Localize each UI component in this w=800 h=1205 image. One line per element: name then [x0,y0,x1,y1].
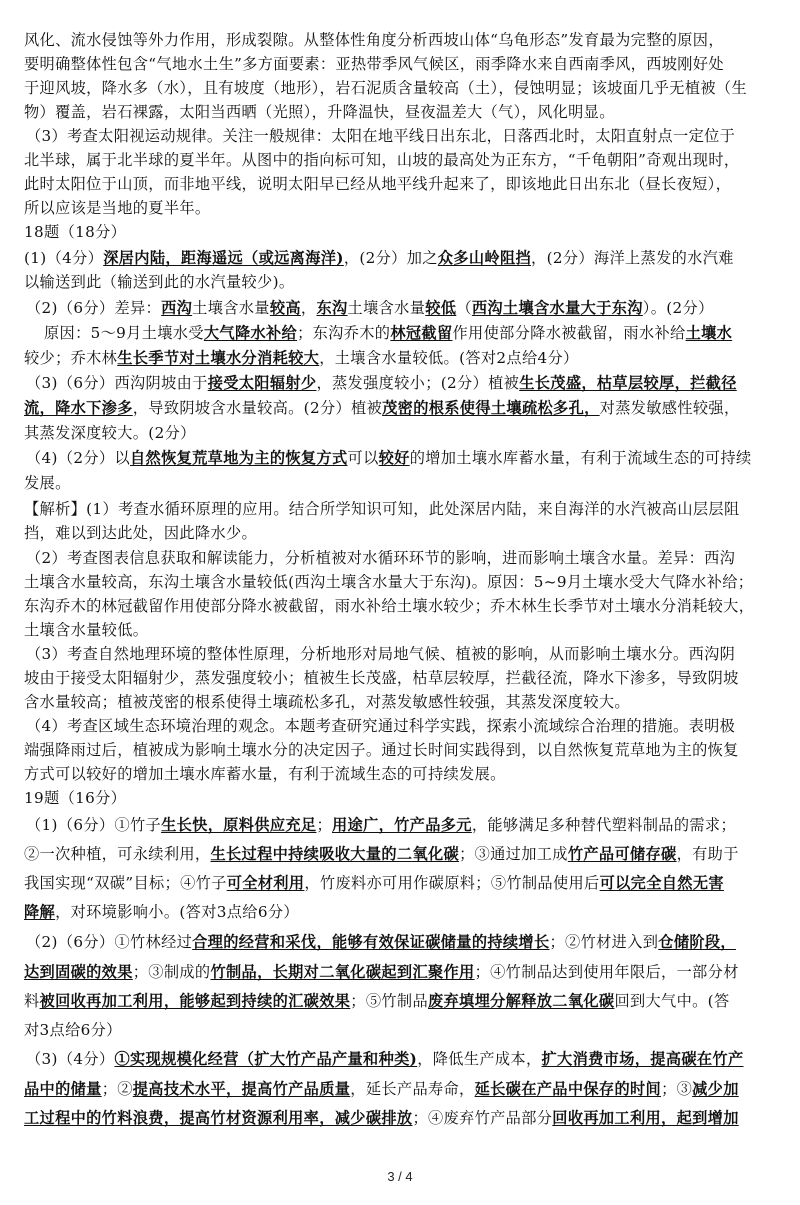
answer-keypoint: 合理的经营和采伐，能够有效保证碳储量的持续增长 [192,933,549,951]
text-line: 东沟乔木的林冠截留作用使部分降水被截留，雨水补给土壤水较少；乔木林生长季节对土壤… [24,595,776,617]
answer-keypoint: 东沟 [316,299,347,317]
text-line: 以输送到此（输送到此的水汽量较少)。 [24,271,776,293]
text-segment: 的增加土壤水库蓄水量，有利于流域生态的可持续 [410,449,752,467]
text-segment: ，(2分）加之 [344,249,438,267]
text-line: （3）考查太阳视运动规律。关注一般规律：太阳在地平线日出东北，日落西北时，太阳直… [26,125,778,147]
answer-keypoint: 减少加 [692,1080,739,1098]
text-segment: ；② [102,1080,133,1098]
text-segment: ，能够满足多种替代塑料制品的需求； [472,816,736,834]
text-segment: 对3点给6分） [24,1021,122,1039]
answer-keypoint: 较低 [425,299,456,317]
text-segment: ②一次种植，可永续利用， [24,845,210,863]
text-line: （2)（6分）差异：西沟土壤含水量较高，东沟土壤含水量较低（西沟土壤含水量大于东… [26,297,778,319]
text-segment: （ [456,299,472,317]
answer-keypoint: 深居内陆，距海遥远（或远离海洋) [103,249,344,267]
text-segment: （3)（4分） [26,1050,114,1068]
text-segment: 土壤含水量较高，东沟土壤含水量较低(西沟土壤含水量大于东沟)。原因：5~9月土壤… [24,573,753,591]
text-segment: 回到大气中。(答 [614,992,729,1010]
text-line: 18题（18分） [24,221,776,243]
text-line: 料被回收再加工利用，能够起到持续的汇碳效果；⑤竹制品废弃填埋分解释放二氧化碳回到… [24,990,776,1012]
text-line: （2）考查图表信息获取和解读能力，分析植被对水循环环节的影响，进而影响土壤含水量… [26,547,778,569]
text-segment: 北半球，属于北半球的夏半年。从图中的指向标可知，山坡的最高处为正东方，“千龟朝阳… [24,151,739,169]
text-segment: ；③制成的 [133,963,211,981]
text-segment: 我国实现“双碳”目标；④竹子 [24,874,227,892]
text-segment: ，延长产品寿命， [350,1080,474,1098]
text-segment: 方式可以较好的增加土壤水库蓄水量，有利于流域生态的可持续发展。 [24,765,506,783]
text-line: 流，降水下渗多，导致阴坡含水量较高。(2分）植被茂密的根系使得土壤疏松多孔，对蒸… [24,397,776,419]
text-segment: 可以 [348,449,379,467]
text-segment: ）。(2分） [643,299,714,317]
text-segment: ；③ [661,1080,692,1098]
text-segment: （1)（6分）①竹子 [26,816,161,834]
text-segment: （3）考查太阳视运动规律。关注一般规律：太阳在地平线日出东北，日落西北时，太阳直… [26,127,735,145]
text-line: ②一次种植，可永续利用，生长过程中持续吸收大量的二氧化碳；③通过加工成竹产品可储… [24,843,776,865]
answer-keypoint: 降解 [24,903,55,921]
text-line: 我国实现“双碳”目标；④竹子可全材利用，竹废料亦可用作碳原料；⑤竹制品使用后可以… [24,872,776,894]
answer-keypoint: 生长季节对土壤水分消耗较大 [117,349,319,367]
text-segment: ，蒸发强度较小；(2分）植被 [316,374,519,392]
text-line: 于迎风坡，降水多（水），且有坡度（地形），岩石泥质含量较高（土），侵蚀明显；该坡… [24,77,776,99]
answer-keypoint: 达到固碳的效果 [24,963,133,981]
page-number: 3 / 4 [0,1169,800,1184]
answer-keypoint: 流，降水下渗多 [24,399,133,417]
text-segment: 18题（18分） [24,223,126,241]
text-line: 要明确整体性包含“气地水土生”多方面要素：亚热带季风气候区，雨季降水来自西南季风… [24,53,776,75]
text-segment: 其蒸发深度较大。(2分） [24,424,196,442]
text-line: （3)（4分）①实现规模化经营（扩大竹产品产量和种类)，降低生产成本，扩大消费市… [26,1048,778,1070]
text-segment: ；⑤竹制品 [350,992,428,1010]
text-segment: 于迎风坡，降水多（水），且有坡度（地形），岩石泥质含量较高（土），侵蚀明显；该坡… [24,79,747,97]
text-line: （3）考查自然地理环境的整体性原理，分析地形对局地气候、植被的影响，从而影响土壤… [26,643,778,665]
text-segment: ；④竹制品达到使用年限后，一部分材 [475,963,739,981]
text-line: 对3点给6分） [24,1019,776,1041]
text-line: 原因：5～9月土壤水受大气降水补给；东沟乔木的林冠截留作用使部分降水被截留，雨水… [44,322,796,344]
text-segment: 挡，难以到达此处，因此降水少。 [24,524,257,542]
answer-keypoint: 工过程中的竹料浪费，提高竹材资源利用率，减少碳排放 [24,1109,412,1127]
text-line: 土壤含水量较高，东沟土壤含水量较低(西沟土壤含水量大于东沟)。原因：5~9月土壤… [24,571,776,593]
text-line: 土壤含水量较低。 [24,619,776,641]
text-segment: 端强降雨过后，植被成为影响土壤水分的决定因子。通过长时间实践得到，以自然恢复荒草… [24,741,739,759]
answer-keypoint: 可全材利用 [227,874,305,892]
text-line: 较少；乔木林生长季节对土壤水分消耗较大，土壤含水量较低。(答对2点给4分） [24,347,776,369]
text-line: （2)（6分）①竹林经过合理的经营和采伐，能够有效保证碳储量的持续增长；②竹材进… [26,931,778,953]
text-line: 坡由于接受太阳辐射少，蒸发强度较小；植被生长茂盛，枯草层较厚，拦截径流，降水下渗… [24,667,776,689]
text-line: 降解，对环境影响小。(答对3点给6分） [24,901,776,923]
answer-keypoint: 众多山岭阻挡 [438,249,531,267]
text-segment: ，(2分）海洋上蒸发的水汽难 [531,249,734,267]
text-line: 端强降雨过后，植被成为影响土壤水分的决定因子。通过长时间实践得到，以自然恢复荒草… [24,739,776,761]
text-segment: ，有助于 [677,845,739,863]
answer-keypoint: 竹制品，长期对二氧化碳起到汇聚作用 [210,963,474,981]
text-segment: (1)（4分） [24,249,103,267]
answer-keypoint: 接受太阳辐射少 [208,374,317,392]
text-segment: 东沟乔木的林冠截留作用使部分降水被截留，雨水补给土壤水较少；乔木林生长季节对土壤… [24,597,754,615]
answer-keypoint: 回收再加工利用，起到增加 [552,1109,738,1127]
answer-keypoint: 西沟 [161,299,192,317]
text-segment: 发展。 [24,474,71,492]
text-segment: 较少；乔木林 [24,349,117,367]
answer-keypoint: 品中的储量 [24,1080,102,1098]
text-line: 此时太阳位于山顶，而非地平线，说明太阳早已经从地平线升起来了，即该地此日出东北（… [24,173,776,195]
text-line: （1)（6分）①竹子生长快，原料供应充足；用途广，竹产品多元，能够满足多种替代塑… [26,814,778,836]
answer-keypoint: 被回收再加工利用，能够起到持续的汇碳效果 [40,992,351,1010]
text-segment: （2)（6分）差异： [26,299,161,317]
text-line: （4)（2分）以自然恢复荒草地为主的恢复方式可以较好的增加土壤水库蓄水量，有利于… [26,447,778,469]
text-segment: ；④废弃竹产品部分 [412,1109,552,1127]
answer-keypoint: 扩大消费市场，提高碳在竹产 [542,1050,744,1068]
answer-keypoint: 自然恢复荒草地为主的恢复方式 [130,449,348,467]
text-segment: ，导致阴坡含水量较高。(2分）植被 [133,399,382,417]
answer-keypoint: 大气降水补给 [204,324,297,342]
answer-keypoint: 较好 [379,449,410,467]
text-segment: 作用使部分降水被截留，雨水补给 [453,324,686,342]
text-segment: ；②竹材进入到 [550,933,659,951]
document-page: 风化、流水侵蚀等外力作用，形成裂隙。从整体性角度分析西坡山体“乌龟形态”发育最为… [0,0,800,1205]
text-segment: ； [316,816,332,834]
text-segment: 坡由于接受太阳辐射少，蒸发强度较小；植被生长茂盛，枯草层较厚，拦截径流，降水下渗… [24,669,739,687]
text-segment: 【解析】(1）考查水循环原理的应用。结合所学知识可知，此处深居内陆，来自海洋的水… [24,500,739,518]
text-line: 物）覆盖，岩石裸露，太阳当西晒（光照），升降温快，昼夜温差大（气），风化明显。 [24,101,776,123]
text-segment: ；③通过加工成 [459,845,568,863]
text-line: （3)（6分）西沟阴坡由于接受太阳辐射少，蒸发强度较小；(2分）植被生长茂盛，枯… [26,372,778,394]
text-segment: ，对环境影响小。(答对3点给6分） [55,903,299,921]
answer-keypoint: 生长快，原料供应充足 [161,816,316,834]
text-segment: 19题（16分） [24,789,126,807]
text-segment: 土壤含水量 [192,299,270,317]
text-line: 工过程中的竹料浪费，提高竹材资源利用率，减少碳排放；④废弃竹产品部分回收再加工利… [24,1107,776,1129]
answer-keypoint: 生长茂盛，枯草层较厚，拦截径 [519,374,737,392]
text-segment: ，土壤含水量较低。(答对2点给4分） [319,349,578,367]
text-line: 发展。 [24,472,776,494]
text-segment: （3）考查自然地理环境的整体性原理，分析地形对局地气候、植被的影响，从而影响土壤… [26,645,735,663]
answer-keypoint: 用途广，竹产品多元 [332,816,472,834]
text-segment: （4)（2分）以 [26,449,130,467]
text-segment: 物）覆盖，岩石裸露，太阳当西晒（光照），升降温快，昼夜温差大（气），风化明显。 [24,103,615,121]
text-segment: 此时太阳位于山顶，而非地平线，说明太阳早已经从地平线升起来了，即该地此日出东北（… [24,175,731,193]
text-line: 北半球，属于北半球的夏半年。从图中的指向标可知，山坡的最高处为正东方，“千龟朝阳… [24,149,776,171]
text-segment: （3)（6分）西沟阴坡由于 [26,374,208,392]
answer-keypoint: 提高技术水平，提高竹产品质量 [133,1080,351,1098]
answer-keypoint: 延长碳在产品中保存的时间 [475,1080,661,1098]
answer-keypoint: 竹产品可储存碳 [568,845,677,863]
text-line: （4）考查区域生态环境治理的观念。本题考查研究通过科学实践，探索小流域综合治理的… [26,715,778,737]
text-segment: 以输送到此（输送到此的水汽量较少)。 [24,273,294,291]
answer-keypoint: 废弃填埋分解释放二氧化碳 [428,992,614,1010]
text-segment: （2）考查图表信息获取和解读能力，分析植被对水循环环节的影响，进而影响土壤含水量… [26,549,735,567]
text-segment: ；东沟乔木的 [297,324,390,342]
answer-keypoint: 较高 [270,299,301,317]
text-segment: 所以应该是当地的夏半年。 [24,199,210,217]
text-segment: 原因：5～9月土壤水受 [44,324,204,342]
text-line: 所以应该是当地的夏半年。 [24,197,776,219]
text-line: 方式可以较好的增加土壤水库蓄水量，有利于流域生态的可持续发展。 [24,763,776,785]
text-line: 达到固碳的效果；③制成的竹制品，长期对二氧化碳起到汇聚作用；④竹制品达到使用年限… [24,961,776,983]
answer-keypoint: 生长过程中持续吸收大量的二氧化碳 [210,845,459,863]
answer-keypoint: 仓储阶段， [658,933,736,951]
text-segment: 料 [24,992,40,1010]
text-segment: 含水量较高；植被茂密的根系使得土壤疏松多孔，对蒸发敏感性较强，其蒸发深度较大。 [24,693,630,711]
answer-keypoint: 茂密的根系使得土壤疏松多孔， [382,399,600,417]
text-segment: （4）考查区域生态环境治理的观念。本题考查研究通过科学实践，探索小流域综合治理的… [26,717,735,735]
text-segment: 土壤含水量 [348,299,426,317]
text-segment: ，降低生产成本， [417,1050,541,1068]
text-line: 其蒸发深度较大。(2分） [24,422,776,444]
text-segment: ，竹废料亦可用作碳原料；⑤竹制品使用后 [304,874,599,892]
text-line: 19题（16分） [24,787,776,809]
text-segment: ， [301,299,317,317]
text-line: 挡，难以到达此处，因此降水少。 [24,522,776,544]
text-line: 【解析】(1）考查水循环原理的应用。结合所学知识可知，此处深居内陆，来自海洋的水… [24,498,776,520]
answer-keypoint: 可以完全自然无害 [600,874,724,892]
answer-keypoint: 林冠截留 [390,324,452,342]
text-line: (1)（4分）深居内陆，距海遥远（或远离海洋)，(2分）加之众多山岭阻挡，(2分… [24,247,776,269]
text-segment: （2)（6分）①竹林经过 [26,933,192,951]
text-segment: 要明确整体性包含“气地水土生”多方面要素：亚热带季风气候区，雨季降水来自西南季风… [24,55,724,73]
text-line: 风化、流水侵蚀等外力作用，形成裂隙。从整体性角度分析西坡山体“乌龟形态”发育最为… [24,29,776,51]
text-line: 含水量较高；植被茂密的根系使得土壤疏松多孔，对蒸发敏感性较强，其蒸发深度较大。 [24,691,776,713]
text-segment: 土壤含水量较低。 [24,621,148,639]
text-line: 品中的储量；②提高技术水平，提高竹产品质量，延长产品寿命，延长碳在产品中保存的时… [24,1078,776,1100]
answer-keypoint: 土壤水 [686,324,733,342]
answer-keypoint: ①实现规模化经营（扩大竹产品产量和种类) [114,1050,417,1068]
text-segment: 对蒸发敏感性较强， [600,399,740,417]
text-segment: 风化、流水侵蚀等外力作用，形成裂隙。从整体性角度分析西坡山体“乌龟形态”发育最为… [24,31,724,49]
answer-keypoint: 西沟土壤含水量大于东沟 [472,299,643,317]
